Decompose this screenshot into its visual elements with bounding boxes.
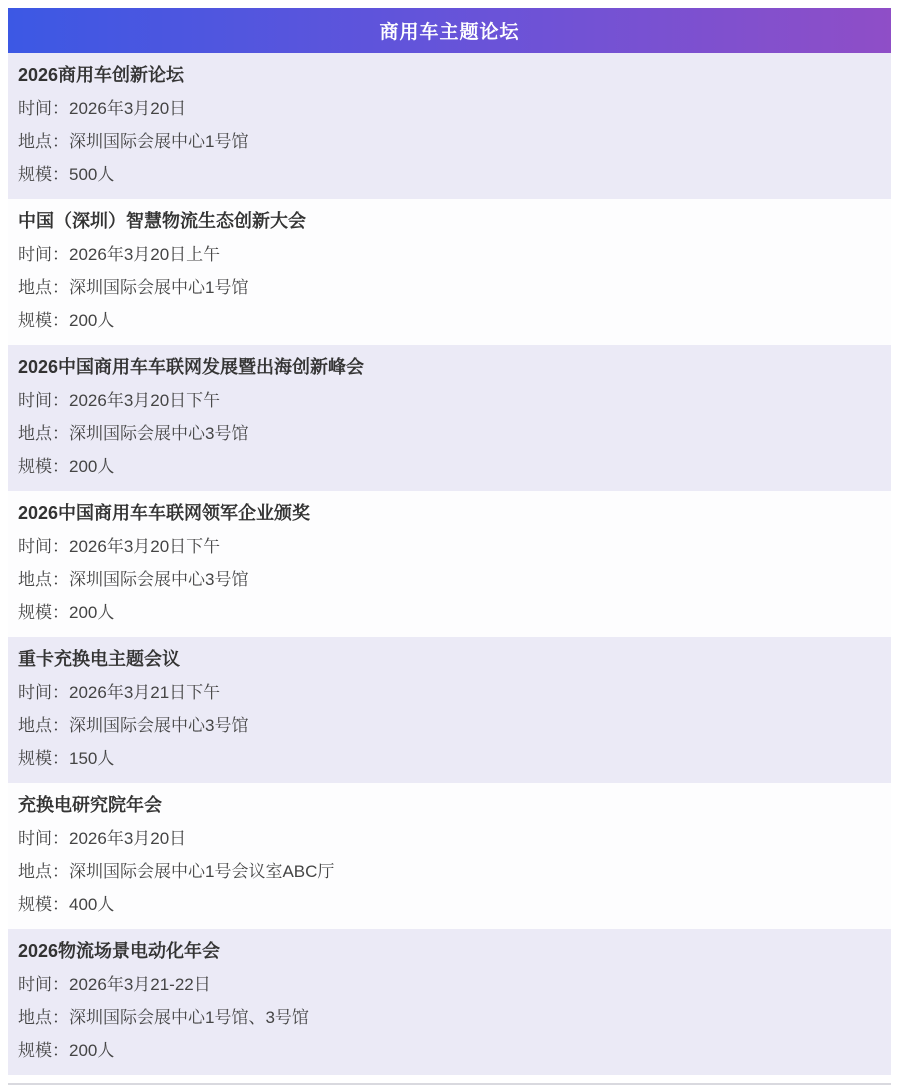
forum-title: 充换电研究院年会	[18, 789, 881, 822]
bottom-gap	[8, 1075, 891, 1083]
scale-label: 规模：	[18, 165, 69, 184]
detail-row-scale: 规模：500人	[18, 158, 881, 191]
time-label: 时间：	[18, 245, 69, 264]
scale-label: 规模：	[18, 895, 69, 914]
location-label: 地点：	[18, 716, 69, 735]
location-value: 深圳国际会展中心1号馆	[69, 132, 248, 151]
detail-row-location: 地点：深圳国际会展中心3号馆	[18, 563, 881, 596]
forum-section: 2026中国商用车车联网领军企业颁奖 时间：2026年3月20日下午 地点：深圳…	[8, 491, 891, 637]
scale-label: 规模：	[18, 457, 69, 476]
forum-title: 2026中国商用车车联网领军企业颁奖	[18, 497, 881, 530]
time-value: 2026年3月21日下午	[69, 683, 220, 702]
forum-title: 重卡充换电主题会议	[18, 643, 881, 676]
forum-title: 2026商用车创新论坛	[18, 59, 881, 92]
scale-value: 200人	[69, 311, 114, 330]
location-label: 地点：	[18, 1008, 69, 1027]
time-value: 2026年3月21-22日	[69, 975, 211, 994]
detail-row-time: 时间：2026年3月20日上午	[18, 238, 881, 271]
forum-header-bar: 商用车主题论坛	[8, 8, 891, 53]
scale-label: 规模：	[18, 603, 69, 622]
location-value: 深圳国际会展中心3号馆	[69, 424, 248, 443]
detail-row-time: 时间：2026年3月21-22日	[18, 968, 881, 1001]
time-label: 时间：	[18, 829, 69, 848]
forum-schedule-page: 商用车主题论坛 2026商用车创新论坛 时间：2026年3月20日 地点：深圳国…	[0, 0, 900, 1087]
detail-row-scale: 规模：200人	[18, 304, 881, 337]
detail-row-time: 时间：2026年3月20日	[18, 92, 881, 125]
forum-title: 中国（深圳）智慧物流生态创新大会	[18, 205, 881, 238]
detail-row-scale: 规模：200人	[18, 1034, 881, 1067]
bottom-edge-line	[8, 1083, 891, 1085]
location-label: 地点：	[18, 862, 69, 881]
time-value: 2026年3月20日上午	[69, 245, 220, 264]
time-value: 2026年3月20日	[69, 99, 186, 118]
detail-row-location: 地点：深圳国际会展中心1号馆、3号馆	[18, 1001, 881, 1034]
time-value: 2026年3月20日下午	[69, 537, 220, 556]
time-label: 时间：	[18, 391, 69, 410]
detail-row-location: 地点：深圳国际会展中心3号馆	[18, 709, 881, 742]
location-label: 地点：	[18, 570, 69, 589]
scale-value: 500人	[69, 165, 114, 184]
time-label: 时间：	[18, 975, 69, 994]
time-value: 2026年3月20日下午	[69, 391, 220, 410]
location-value: 深圳国际会展中心1号会议室ABC厅	[69, 862, 334, 881]
page-title: 商用车主题论坛	[379, 17, 519, 44]
detail-row-scale: 规模：200人	[18, 450, 881, 483]
scale-value: 200人	[69, 457, 114, 476]
forum-section: 中国（深圳）智慧物流生态创新大会 时间：2026年3月20日上午 地点：深圳国际…	[8, 199, 891, 345]
detail-row-location: 地点：深圳国际会展中心3号馆	[18, 417, 881, 450]
scale-value: 200人	[69, 1041, 114, 1060]
forum-section: 重卡充换电主题会议 时间：2026年3月21日下午 地点：深圳国际会展中心3号馆…	[8, 637, 891, 783]
forum-title: 2026物流场景电动化年会	[18, 935, 881, 968]
detail-row-scale: 规模：200人	[18, 596, 881, 629]
location-value: 深圳国际会展中心3号馆	[69, 570, 248, 589]
time-label: 时间：	[18, 683, 69, 702]
scale-value: 150人	[69, 749, 114, 768]
scale-value: 400人	[69, 895, 114, 914]
forum-title: 2026中国商用车车联网发展暨出海创新峰会	[18, 351, 881, 384]
location-label: 地点：	[18, 424, 69, 443]
detail-row-location: 地点：深圳国际会展中心1号馆	[18, 125, 881, 158]
scale-value: 200人	[69, 603, 114, 622]
location-label: 地点：	[18, 132, 69, 151]
detail-row-time: 时间：2026年3月20日下午	[18, 530, 881, 563]
time-label: 时间：	[18, 99, 69, 118]
detail-row-scale: 规模：400人	[18, 888, 881, 921]
time-value: 2026年3月20日	[69, 829, 186, 848]
detail-row-scale: 规模：150人	[18, 742, 881, 775]
forum-section: 充换电研究院年会 时间：2026年3月20日 地点：深圳国际会展中心1号会议室A…	[8, 783, 891, 929]
location-value: 深圳国际会展中心3号馆	[69, 716, 248, 735]
forum-section: 2026物流场景电动化年会 时间：2026年3月21-22日 地点：深圳国际会展…	[8, 929, 891, 1075]
forum-section: 2026商用车创新论坛 时间：2026年3月20日 地点：深圳国际会展中心1号馆…	[8, 53, 891, 199]
detail-row-time: 时间：2026年3月21日下午	[18, 676, 881, 709]
detail-row-location: 地点：深圳国际会展中心1号馆	[18, 271, 881, 304]
detail-row-time: 时间：2026年3月20日下午	[18, 384, 881, 417]
forum-section: 2026中国商用车车联网发展暨出海创新峰会 时间：2026年3月20日下午 地点…	[8, 345, 891, 491]
location-label: 地点：	[18, 278, 69, 297]
scale-label: 规模：	[18, 1041, 69, 1060]
time-label: 时间：	[18, 537, 69, 556]
detail-row-time: 时间：2026年3月20日	[18, 822, 881, 855]
location-value: 深圳国际会展中心1号馆、3号馆	[69, 1008, 309, 1027]
detail-row-location: 地点：深圳国际会展中心1号会议室ABC厅	[18, 855, 881, 888]
location-value: 深圳国际会展中心1号馆	[69, 278, 248, 297]
scale-label: 规模：	[18, 749, 69, 768]
scale-label: 规模：	[18, 311, 69, 330]
